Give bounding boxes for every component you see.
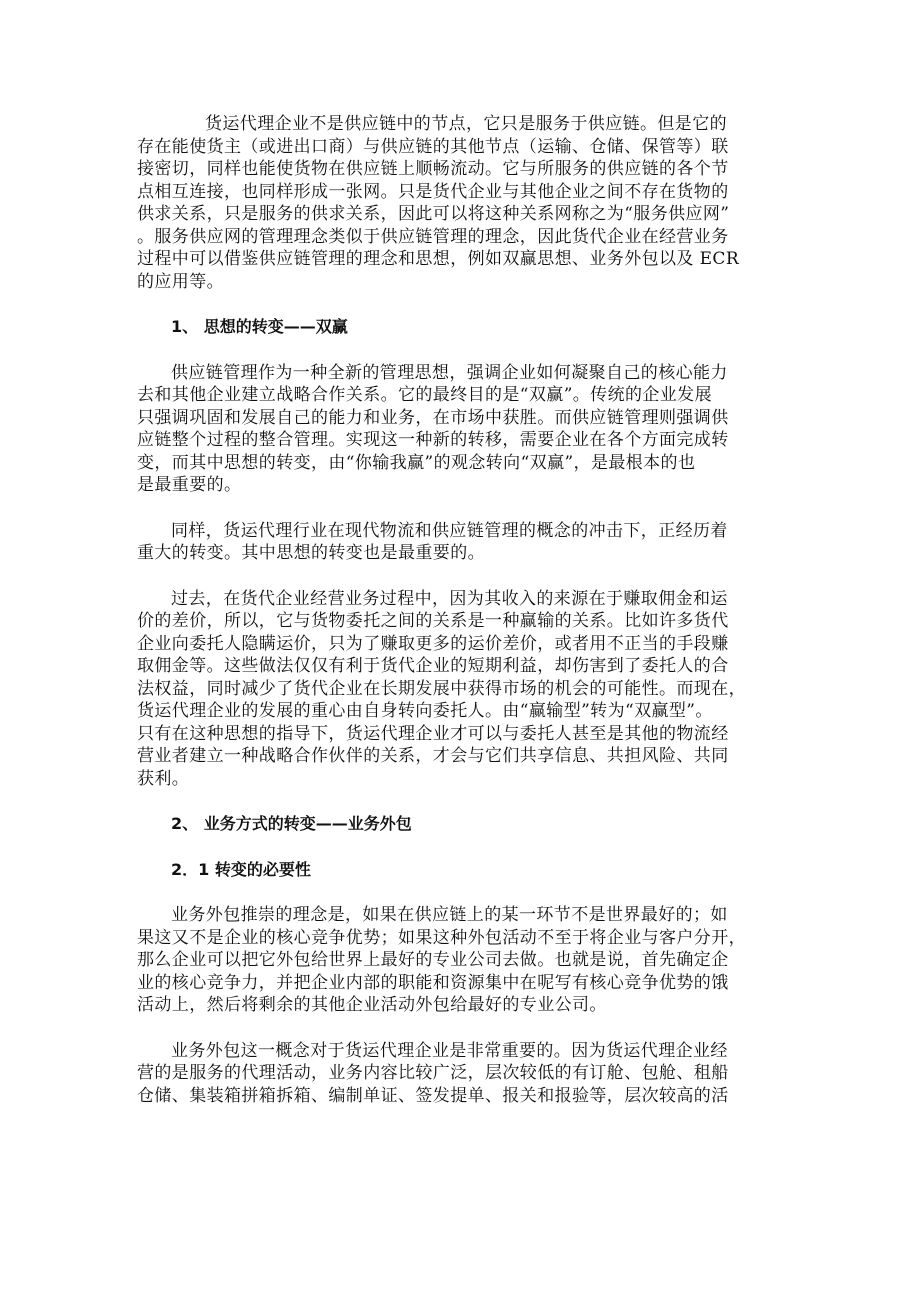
section-heading-1: 1、 思想的转变——双赢	[137, 316, 797, 339]
text-line: 法权益，同时减少了货代企业在长期发展中获得市场的机会的可能性。而现在，	[137, 678, 797, 701]
text-line: 那么企业可以把它外包给世界上最好的专业公司去做。也就是说，首先确定企	[137, 949, 797, 972]
text-line: 取佣金等。这些做法仅仅有利于货代企业的短期利益，却伤害到了委托人的合	[137, 655, 797, 678]
text-line: 的应用等。	[137, 271, 797, 294]
text-line: 货运代理企业不是供应链中的节点，它只是服务于供应链。但是它的	[137, 113, 797, 136]
text-line: 活动上，然后将剩余的其他企业活动外包给最好的专业公司。	[137, 994, 797, 1017]
text-line: 价的差价，所以，它与货物委托之间的关系是一种赢输的关系。比如许多货代	[137, 610, 797, 633]
subsection-heading-2-1: 2．1 转变的必要性	[137, 859, 797, 882]
text-line: 点相互连接，也同样形成一张网。只是货代企业与其他企业之间不存在货物的	[137, 181, 797, 204]
text-line: 获利。	[137, 768, 797, 791]
text-line: 。服务供应网的管理理念类似于供应链管理的理念，因此货代企业在经营业务	[137, 226, 797, 249]
paragraph-outsourcing-concept: 业务外包推崇的理念是，如果在供应链上的某一环节不是世界最好的；如 果这又不是企业…	[137, 904, 797, 1017]
text-line: 营的是服务的代理活动，业务内容比较广泛，层次较低的有订舱、包舱、租船	[137, 1062, 797, 1085]
text-line: 重大的转变。其中思想的转变也是最重要的。	[137, 542, 797, 565]
paragraph-industry-change: 同样，货运代理行业在现代物流和供应链管理的概念的冲击下，正经历着 重大的转变。其…	[137, 520, 797, 565]
text-line: 是最重要的。	[137, 474, 797, 497]
text-line: 果这又不是企业的核心竞争优势；如果这种外包活动不至于将企业与客户分开，	[137, 927, 797, 950]
text-line: 货运代理企业的发展的重心由自身转向委托人。由“赢输型”转为“双赢型”。	[137, 700, 797, 723]
text-line: 过去，在货代企业经营业务过程中，因为其收入的来源在于赚取佣金和运	[137, 588, 797, 611]
text-line: 供应链管理作为一种全新的管理思想，强调企业如何凝聚自己的核心能力	[137, 362, 797, 385]
text-line: 营业者建立一种战略合作伙伴的关系，才会与它们共享信息、共担风险、共同	[137, 745, 797, 768]
paragraph-win-win: 供应链管理作为一种全新的管理思想，强调企业如何凝聚自己的核心能力 去和其他企业建…	[137, 362, 797, 497]
text-line: 变，而其中思想的转变，由“你输我赢”的观念转向“双赢”，是最根本的也	[137, 452, 797, 475]
paragraph-past: 过去，在货代企业经营业务过程中，因为其收入的来源在于赚取佣金和运 价的差价，所以…	[137, 588, 797, 791]
text-line: 供求关系，只是服务的供求关系，因此可以将这种关系网称之为“服务供应网”	[137, 203, 797, 226]
paragraph-outsourcing-importance: 业务外包这一概念对于货运代理企业是非常重要的。因为货运代理企业经 营的是服务的代…	[137, 1040, 797, 1108]
text-line: 存在能使货主（或进出口商）与供应链的其他节点（运输、仓储、保管等）联	[137, 136, 797, 159]
text-line: 同样，货运代理行业在现代物流和供应链管理的概念的冲击下，正经历着	[137, 520, 797, 543]
text-line: 去和其他企业建立战略合作关系。它的最终目的是“双赢”。传统的企业发展	[137, 384, 797, 407]
text-line: 只有在这种思想的指导下，货运代理企业才可以与委托人甚至是其他的物流经	[137, 723, 797, 746]
text-line: 企业向委托人隐瞒运价，只为了赚取更多的运价差价，或者用不正当的手段赚	[137, 633, 797, 656]
text-line: 接密切，同样也能使货物在供应链上顺畅流动。它与所服务的供应链的各个节	[137, 158, 797, 181]
text-line: 业的核心竞争力，并把企业内部的职能和资源集中在呢写有核心竞争优势的饿	[137, 972, 797, 995]
paragraph-intro: 货运代理企业不是供应链中的节点，它只是服务于供应链。但是它的 存在能使货主（或进…	[137, 113, 797, 293]
text-line: 业务外包这一概念对于货运代理企业是非常重要的。因为货运代理企业经	[137, 1040, 797, 1063]
text-line: 过程中可以借鉴供应链管理的理念和思想，例如双赢思想、业务外包以及 ECR	[137, 248, 797, 271]
document-page: 货运代理企业不是供应链中的节点，它只是服务于供应链。但是它的 存在能使货主（或进…	[137, 113, 797, 1107]
text-line: 只强调巩固和发展自己的能力和业务，在市场中获胜。而供应链管理则强调供	[137, 407, 797, 430]
text-line: 应链整个过程的整合管理。实现这一种新的转移，需要企业在各个方面完成转	[137, 429, 797, 452]
section-heading-2: 2、 业务方式的转变——业务外包	[137, 813, 797, 836]
text-line: 仓储、集装箱拼箱拆箱、编制单证、签发提单、报关和报验等，层次较高的活	[137, 1085, 797, 1108]
text-line: 业务外包推崇的理念是，如果在供应链上的某一环节不是世界最好的；如	[137, 904, 797, 927]
